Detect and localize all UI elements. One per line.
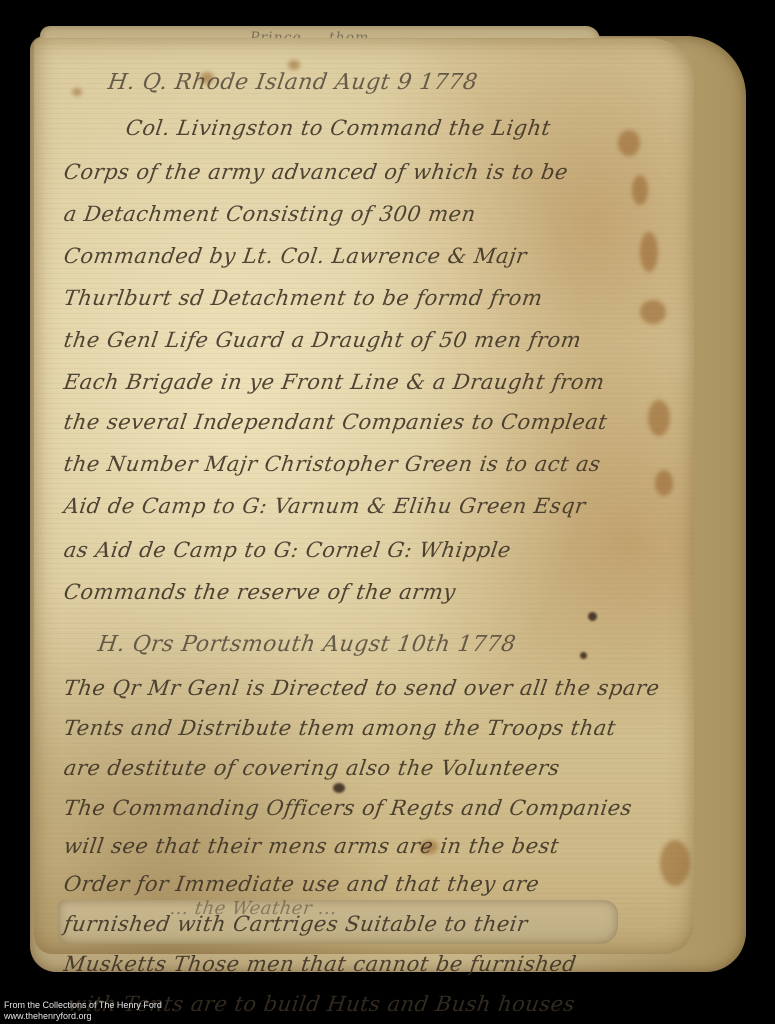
manuscript-line: Commanded by Lt. Col. Lawrence & Majr	[62, 244, 528, 268]
faded-bottom-line: ... the Weather ...	[169, 898, 339, 919]
stain	[632, 175, 648, 205]
stain	[660, 840, 690, 886]
manuscript-line: The Qr Mr Genl is Directed to send over …	[62, 676, 661, 700]
collection-caption: From the Collections of The Henry Ford w…	[4, 1000, 162, 1022]
stain	[618, 130, 640, 156]
manuscript-line: are destitute of covering also the Volun…	[62, 756, 561, 780]
manuscript-line: Thurlburt sd Detachment to be formd from	[62, 286, 544, 310]
ink-blot	[588, 612, 597, 621]
manuscript-line: the several Independant Companies to Com…	[62, 410, 609, 434]
manuscript-line: a Detachment Consisting of 300 men	[62, 202, 477, 226]
stain	[640, 232, 658, 272]
manuscript-line: Order for Immediate use and that they ar…	[62, 872, 541, 896]
caption-credit: From the Collections of The Henry Ford	[4, 1000, 162, 1011]
ink-blot	[333, 783, 345, 793]
stain	[640, 300, 666, 324]
stain	[72, 88, 82, 96]
manuscript-line: Tents and Distribute them among the Troo…	[62, 716, 617, 740]
manuscript-line: Commands the reserve of the army	[62, 580, 457, 604]
manuscript-line: the Number Majr Christopher Green is to …	[62, 452, 602, 476]
ink-blot	[580, 652, 587, 659]
stain	[648, 400, 670, 436]
heading-line-1: H. Q. Rhode Island Augt 9 1778	[106, 70, 479, 95]
manuscript-line: will see that their mens arms are in the…	[62, 834, 560, 858]
manuscript-line: Col. Livingston to Command the Light	[124, 116, 552, 140]
caption-url: www.thehenryford.org	[4, 1011, 162, 1022]
manuscript-line: Each Brigade in ye Front Line & a Draugh…	[62, 370, 606, 394]
manuscript-line: as Aid de Camp to G: Cornel G: Whipple	[62, 538, 512, 562]
manuscript-line: Corps of the army advanced of which is t…	[62, 160, 569, 184]
manuscript-line: The Commanding Officers of Regts and Com…	[62, 796, 633, 820]
manuscript-line: the Genl Life Guard a Draught of 50 men …	[62, 328, 583, 352]
heading-line-2: H. Qrs Portsmouth Augst 10th 1778	[96, 632, 517, 657]
manuscript-line: Aid de Camp to G: Varnum & Elihu Green E…	[62, 494, 587, 518]
stain	[288, 60, 300, 70]
manuscript-line: Musketts Those men that cannot be furnis…	[62, 952, 578, 976]
stain	[655, 470, 673, 496]
